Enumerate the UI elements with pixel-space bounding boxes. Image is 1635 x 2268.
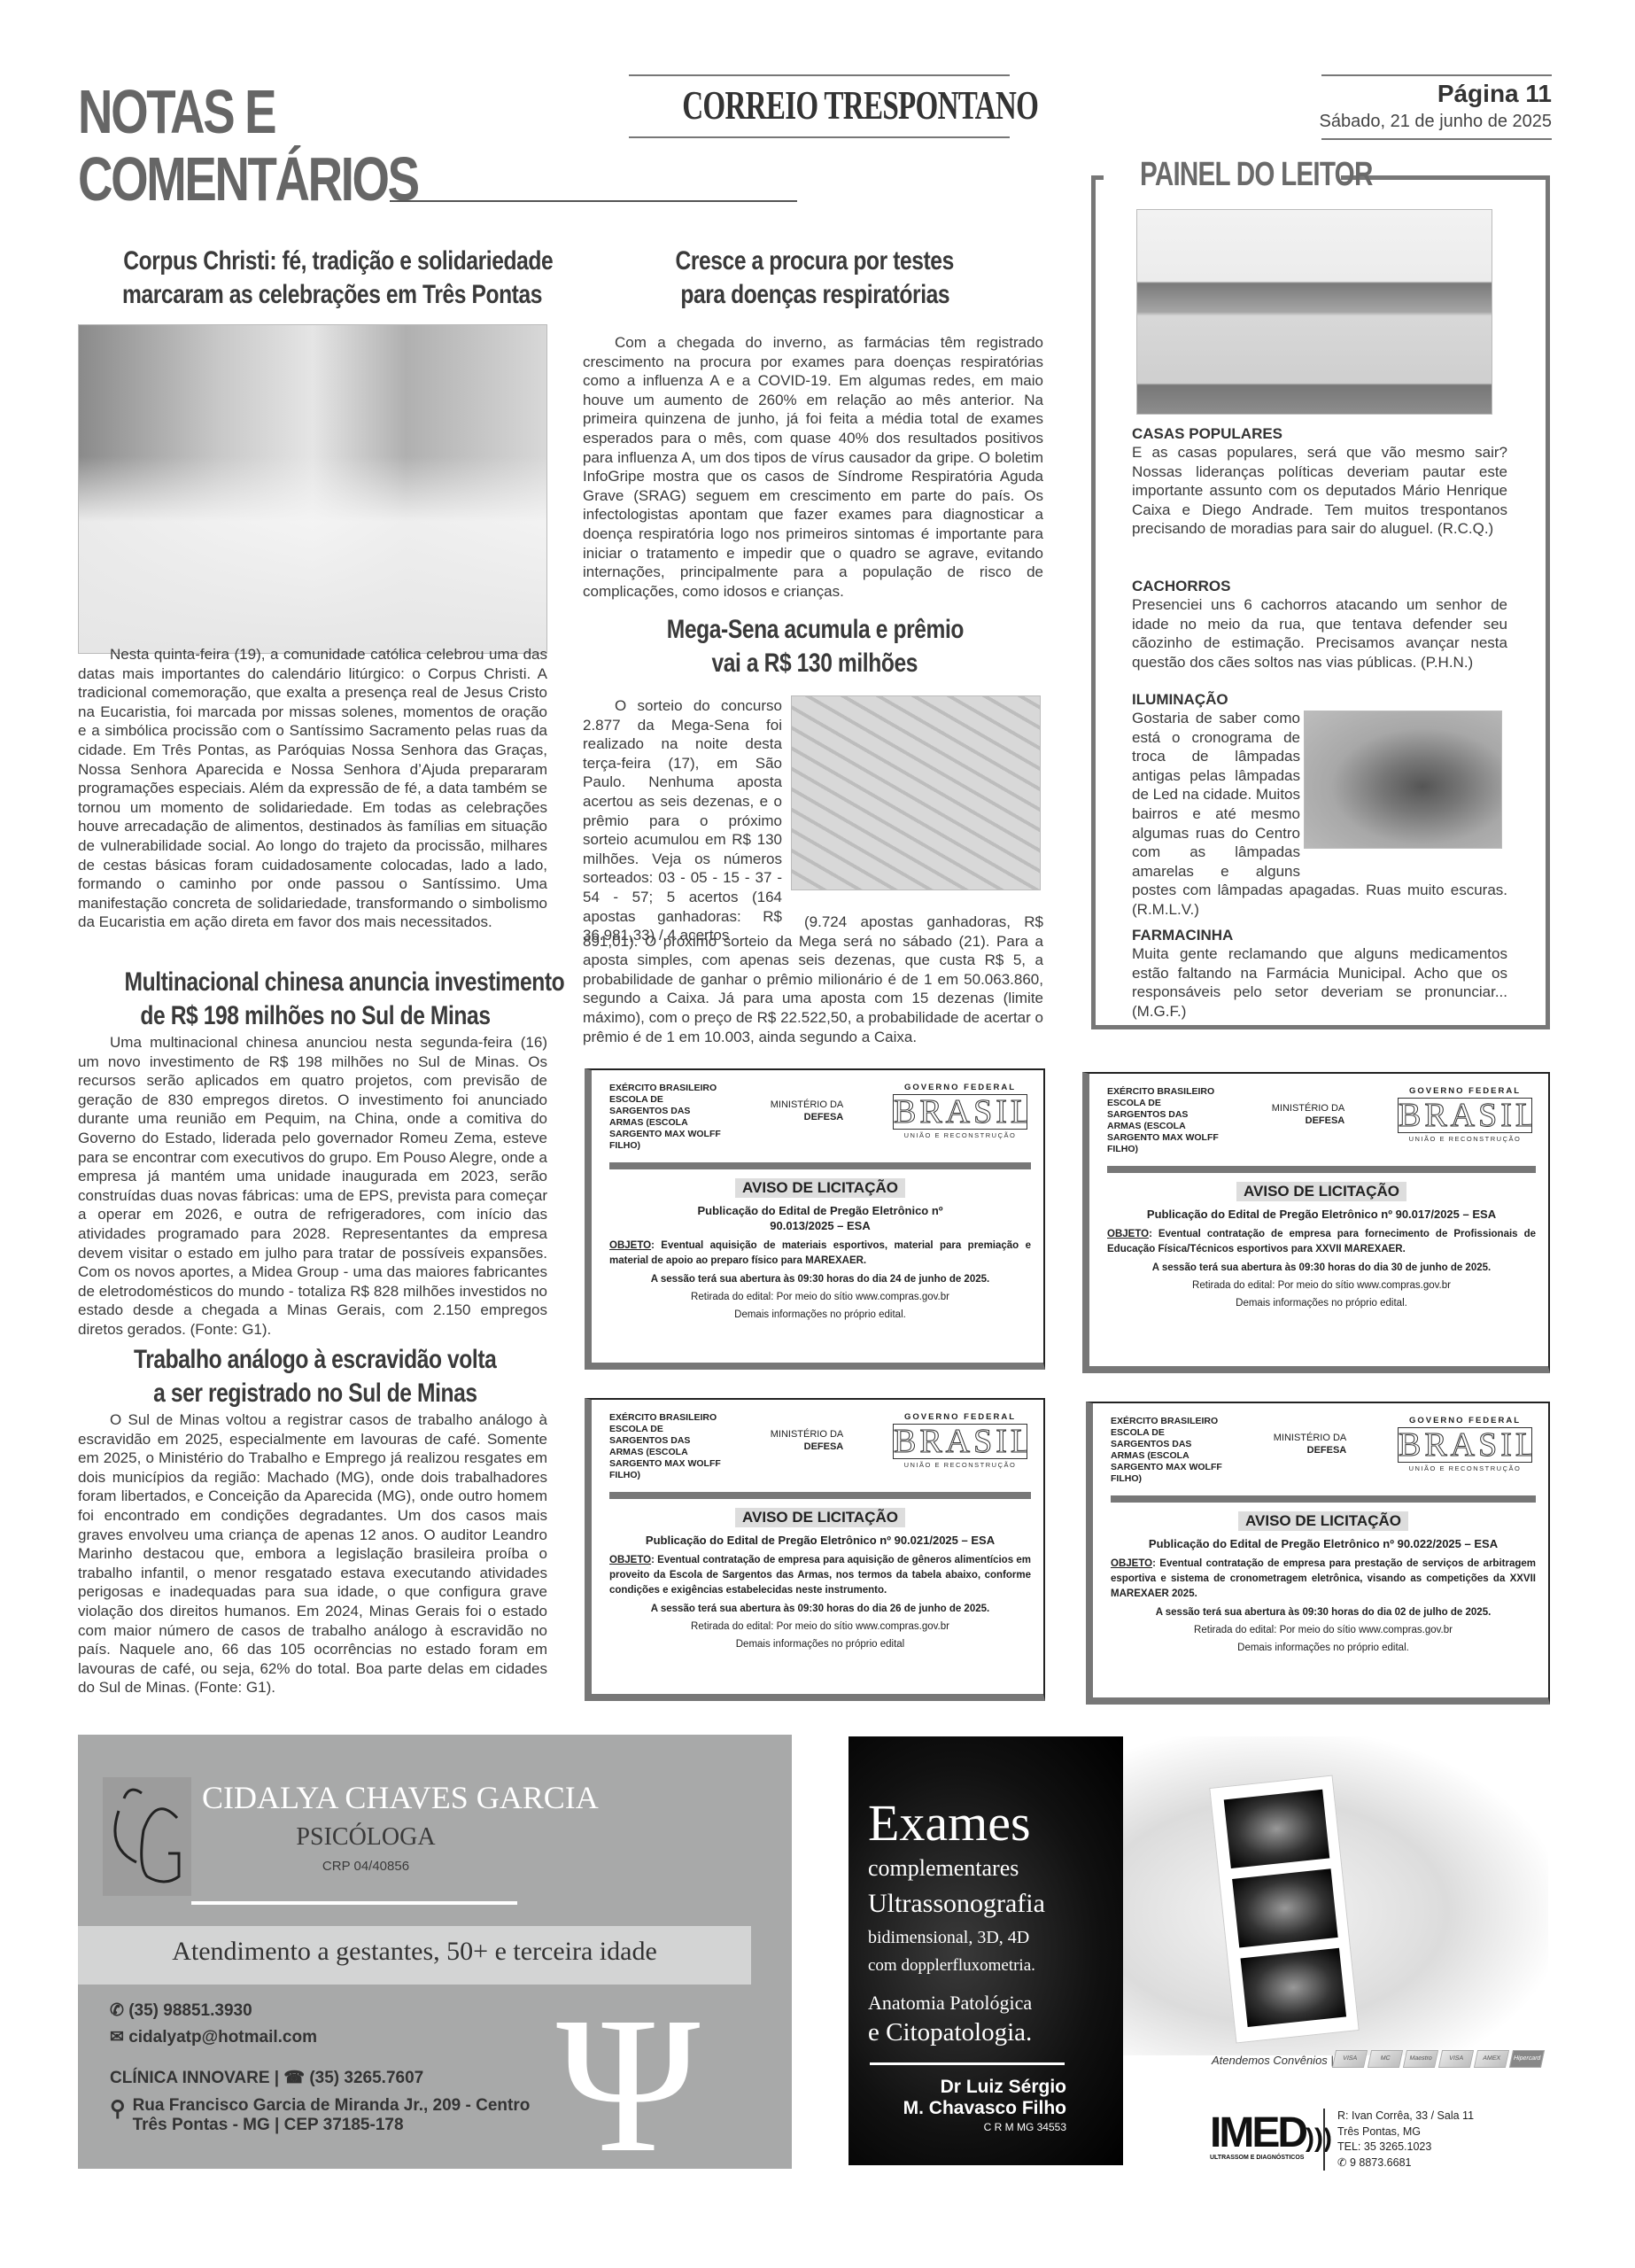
- gov-brasil-logo: GOVERNO FEDERAL BRASIL UNIÃO E RECONSTRU…: [889, 1412, 1031, 1469]
- notice-retrieval: Retirada do edital: Por meio do sítio ww…: [609, 1621, 1031, 1632]
- clinic-name: CLÍNICA INNOVARE |: [110, 2069, 279, 2087]
- headline-line: Cresce a procura por testes: [676, 245, 954, 278]
- multinacional-headline: Multinacional chinesa anuncia investimen…: [76, 966, 554, 1033]
- ministry-line: DEFESA: [1274, 1444, 1347, 1456]
- maestro-card-icon: Maestro: [1403, 2050, 1438, 2068]
- divider-bar: [609, 1492, 1031, 1499]
- article-text: Uma multinacional chinesa anunciou nesta…: [78, 1033, 547, 1340]
- divider-bar: [1111, 1495, 1536, 1503]
- licitacao-notice-1: EXÉRCITO BRASILEIRO ESCOLA DE SARGENTOS …: [585, 1068, 1045, 1370]
- ministry-line: DEFESA: [1272, 1115, 1345, 1127]
- testes-body: Com a chegada do inverno, as farmácias t…: [583, 333, 1043, 601]
- brasil-wordmark: BRASIL: [1398, 1098, 1532, 1133]
- email-address: cidalyatp@hotmail.com: [128, 2028, 317, 2047]
- exams-line: bidimensional, 3D, 4D: [868, 1928, 1029, 1948]
- article-text: Com a chegada do inverno, as farmácias t…: [583, 333, 1043, 601]
- address-block: ⚲ Rua Francisco Garcia de Miranda Jr., 2…: [110, 2096, 530, 2135]
- amex-card-icon: AMEX: [1474, 2050, 1509, 2068]
- notice-more-info: Demais informações no próprio edital.: [609, 1309, 1031, 1320]
- address-line: Rua Francisco Garcia de Miranda Jr., 209…: [133, 2096, 531, 2116]
- mastercard-icon: MC: [1368, 2050, 1403, 2068]
- email-line: ✉ cidalyatp@hotmail.com: [110, 2027, 317, 2047]
- notice-title: AVISO DE LICITAÇÃO: [609, 1178, 1031, 1198]
- cg-logo: [103, 1777, 191, 1896]
- note-iluminacao: ILUMINAÇÃO Gostaria de saber como está o…: [1132, 691, 1507, 865]
- doctor-crm: C R M MG 34553: [866, 2121, 1066, 2133]
- location-pin-icon: ⚲: [110, 2096, 126, 2135]
- megasena-headline: Mega-Sena acumula e prêmio vai a R$ 130 …: [576, 613, 1054, 680]
- ministry-line: DEFESA: [771, 1441, 844, 1453]
- psychologist-role: PSICÓLOGA: [202, 1823, 530, 1852]
- address-text: Rua Francisco Garcia de Miranda Jr., 209…: [133, 2096, 531, 2135]
- psychologist-crp: CRP 04/40856: [202, 1859, 530, 1874]
- gov-brasil-logo: GOVERNO FEDERAL BRASIL UNIÃO E RECONSTRU…: [889, 1083, 1031, 1139]
- section-title-line-1: NOTAS E: [78, 78, 418, 145]
- brasil-wordmark: BRASIL: [1398, 1427, 1532, 1463]
- brasil-wordmark: BRASIL: [893, 1424, 1027, 1459]
- painel-title: PAINEL DO LEITOR: [1140, 156, 1373, 194]
- object-label: OBJETO: [609, 1240, 651, 1251]
- notice-title: AVISO DE LICITAÇÃO: [1107, 1182, 1536, 1201]
- ministry: MINISTÉRIO DADEFESA: [771, 1099, 844, 1123]
- licitacao-notice-3: EXÉRCITO BRASILEIRO ESCOLA DE SARGENTOS …: [585, 1398, 1045, 1701]
- gov-brasil-logo: GOVERNO FEDERAL BRASIL UNIÃO E RECONSTRU…: [1394, 1086, 1536, 1143]
- org-name: EXÉRCITO BRASILEIRO ESCOLA DE SARGENTOS …: [1111, 1416, 1226, 1485]
- section-title-line-2: COMENTÁRIOS: [78, 145, 418, 213]
- tagline: Atendimento a gestantes, 50+ e terceira …: [78, 1937, 751, 1967]
- notice-object: OBJETO: Eventual contratação de empresa …: [609, 1553, 1031, 1598]
- address-line: Três Pontas - MG | CEP 37185-178: [133, 2116, 531, 2135]
- envelope-icon: ✉: [110, 2028, 124, 2047]
- ministry-line: MINISTÉRIO DA: [1274, 1433, 1347, 1443]
- object-text: : Eventual aquisição de materiais esport…: [609, 1240, 1031, 1266]
- clinic-phone: (35) 3265.7607: [309, 2069, 423, 2087]
- licitacao-notice-4: EXÉRCITO BRASILEIRO ESCOLA DE SARGENTOS …: [1086, 1402, 1550, 1705]
- whatsapp-line: ✆ (35) 98851.3930: [110, 2000, 252, 2021]
- imed-logo: IMED))): [1210, 2109, 1332, 2157]
- whatsapp-number: (35) 98851.3930: [128, 2001, 252, 2020]
- exams-line: com dopplerfluxometria.: [868, 1956, 1035, 1976]
- convenios-label: Atendemos Convênios |: [1212, 2054, 1334, 2067]
- section-title: NOTAS E COMENTÁRIOS: [78, 78, 418, 213]
- notice-object: OBJETO: Eventual contratação de empresa …: [1111, 1557, 1536, 1602]
- notice-publication: Publicação do Edital de Pregão Eletrônic…: [1107, 1207, 1536, 1222]
- houses-photo: [1136, 209, 1492, 415]
- notice-title-text: AVISO DE LICITAÇÃO: [735, 1178, 905, 1198]
- testes-headline: Cresce a procura por testes para doenças…: [576, 245, 1054, 312]
- trabalho-body: O Sul de Minas voltou a registrar casos …: [78, 1410, 547, 1697]
- clinic-line: CLÍNICA INNOVARE | ☎ (35) 3265.7607: [110, 2068, 423, 2088]
- notice-title-text: AVISO DE LICITAÇÃO: [735, 1508, 905, 1527]
- whatsapp-number: 9 8873.6681: [1350, 2156, 1412, 2169]
- object-label: OBJETO: [609, 1555, 651, 1565]
- notice-retrieval: Retirada do edital: Por meio do sítio ww…: [609, 1292, 1031, 1302]
- ministry-line: DEFESA: [771, 1111, 844, 1123]
- notice-header: EXÉRCITO BRASILEIRO ESCOLA DE SARGENTOS …: [609, 1083, 1031, 1152]
- ministry-line: MINISTÉRIO DA: [771, 1099, 844, 1110]
- multinacional-body: Uma multinacional chinesa anunciou nesta…: [78, 1033, 547, 1340]
- org-name: EXÉRCITO BRASILEIRO ESCOLA DE SARGENTOS …: [609, 1412, 725, 1481]
- megasena-body-full: (9.724 apostas ganhadoras, R$ 891,01). O…: [583, 913, 1043, 1046]
- note-body: Muita gente reclamando que alguns medica…: [1132, 944, 1507, 1021]
- gov-label: GOVERNO FEDERAL: [1394, 1416, 1536, 1425]
- headline-line: Trabalho análogo à escravidão volta: [134, 1343, 496, 1377]
- corpus-body: Nesta quinta-feira (19), a comunidade ca…: [78, 645, 547, 932]
- gov-brasil-logo: GOVERNO FEDERAL BRASIL UNIÃO E RECONSTRU…: [1394, 1416, 1536, 1472]
- divider-bar: [1107, 1166, 1536, 1173]
- divider: [1323, 2109, 1325, 2171]
- headline-line: Multinacional chinesa anuncia investimen…: [125, 966, 565, 999]
- notice-session: A sessão terá sua abertura às 09:30 hora…: [1107, 1262, 1536, 1273]
- article-text: O Sul de Minas voltou a registrar casos …: [78, 1410, 547, 1697]
- object-text: : Eventual contratação de empresa para a…: [609, 1555, 1031, 1596]
- gov-slogan: UNIÃO E RECONSTRUÇÃO: [889, 1131, 1031, 1139]
- object-label: OBJETO: [1107, 1229, 1149, 1239]
- corpus-headline: Corpus Christi: fé, tradição e solidarie…: [76, 245, 554, 312]
- notice-retrieval: Retirada do edital: Por meio do sítio ww…: [1107, 1280, 1536, 1291]
- article-text: Nesta quinta-feira (19), a comunidade ca…: [78, 645, 547, 932]
- notice-title: AVISO DE LICITAÇÃO: [609, 1508, 1031, 1527]
- lottery-photo: [791, 695, 1041, 890]
- masthead-rule-top: [629, 74, 1010, 76]
- ultrasound-image: [1224, 1790, 1330, 1868]
- note-title: ILUMINAÇÃO: [1132, 691, 1507, 709]
- org-name: EXÉRCITO BRASILEIRO ESCOLA DE SARGENTOS …: [609, 1083, 725, 1152]
- exams-line: complementares: [868, 1855, 1019, 1882]
- page-rule-bottom: [1321, 138, 1552, 140]
- ultrasound-strip: [1209, 1775, 1360, 2043]
- note-body: E as casas populares, será que vão mesmo…: [1132, 443, 1507, 539]
- whatsapp-icon: ✆: [1337, 2156, 1346, 2169]
- notice-more-info: Demais informações no próprio edital.: [1111, 1643, 1536, 1653]
- exams-line: Ultrassonografia: [868, 1889, 1045, 1919]
- headline-line: a ser registrado no Sul de Minas: [153, 1377, 477, 1410]
- notice-session: A sessão terá sua abertura às 09:30 hora…: [609, 1274, 1031, 1285]
- notice-publication: Publicação do Edital de Pregão Eletrônic…: [1111, 1536, 1536, 1551]
- gov-slogan: UNIÃO E RECONSTRUÇÃO: [1394, 1464, 1536, 1472]
- exams-line: e Citopatologia.: [868, 2018, 1032, 2047]
- doctor-line: M. Chavasco Filho: [866, 2098, 1066, 2119]
- psychologist-ad: CIDALYA CHAVES GARCIA PSICÓLOGA CRP 04/4…: [78, 1735, 792, 2169]
- note-body: Gostaria de saber como está o cronograma…: [1132, 709, 1507, 920]
- notice-session: A sessão terá sua abertura às 09:30 hora…: [1111, 1607, 1536, 1618]
- phone-icon: ☎: [283, 2069, 305, 2087]
- convenios: Atendemos Convênios |: [1212, 2054, 1334, 2067]
- brasil-wordmark: BRASIL: [893, 1094, 1027, 1130]
- page-rule-top: [1321, 74, 1552, 76]
- ultrasound-image: [1232, 1868, 1338, 1947]
- notice-object: OBJETO: Eventual aquisição de materiais …: [609, 1239, 1031, 1269]
- object-text: : Eventual contratação de empresa para p…: [1111, 1558, 1536, 1599]
- address-line: Três Pontas, MG: [1337, 2124, 1474, 2140]
- ministry: MINISTÉRIO DADEFESA: [1274, 1432, 1347, 1456]
- notice-object: OBJETO: Eventual contratação de empresa …: [1107, 1227, 1536, 1257]
- doctor-line: Dr Luiz Sérgio: [866, 2077, 1066, 2098]
- notice-publication: Publicação do Edital de Pregão Eletrônic…: [609, 1203, 1031, 1233]
- article-text: O sorteio do concurso 2.877 da Mega-Sena…: [583, 696, 782, 945]
- painel-border: [1091, 175, 1104, 180]
- article-text: (9.724 apostas ganhadoras, R$ 891,01). O…: [583, 913, 1043, 1045]
- masthead-rule-bottom: [629, 136, 1010, 138]
- notice-header: EXÉRCITO BRASILEIRO ESCOLA DE SARGENTOS …: [1111, 1416, 1536, 1485]
- phone-line: TEL: 35 3265.1023: [1337, 2140, 1474, 2155]
- imed-subtitle: ULTRASSOM E DIAGNÓSTICOS: [1210, 2155, 1304, 2161]
- psychologist-name: CIDALYA CHAVES GARCIA: [202, 1779, 521, 1816]
- exams-line: Anatomia Patológica: [868, 1992, 1032, 2015]
- megasena-body-wrap: O sorteio do concurso 2.877 da Mega-Sena…: [583, 696, 782, 945]
- note-body: Presenciei uns 6 cachorros atacando um s…: [1132, 595, 1507, 672]
- notice-more-info: Demais informações no próprio edital: [609, 1639, 1031, 1650]
- exams-title: Exames: [868, 1793, 1031, 1852]
- headline-line: Mega-Sena acumula e prêmio: [666, 613, 963, 647]
- whatsapp-icon: ✆: [110, 2001, 124, 2020]
- sound-waves-icon: ))): [1306, 2124, 1332, 2153]
- notice-title: AVISO DE LICITAÇÃO: [1111, 1511, 1536, 1531]
- gov-label: GOVERNO FEDERAL: [1394, 1086, 1536, 1096]
- gov-label: GOVERNO FEDERAL: [889, 1083, 1031, 1092]
- note-cachorros: CACHORROS Presenciei uns 6 cachorros ata…: [1132, 578, 1507, 672]
- object-label: OBJETO: [1111, 1558, 1152, 1569]
- ultrasound-image: [1241, 1948, 1347, 2027]
- divider: [191, 1901, 517, 1905]
- headline-line: Corpus Christi: fé, tradição e solidarie…: [123, 245, 553, 278]
- ministry-line: MINISTÉRIO DA: [771, 1429, 844, 1440]
- notice-header: EXÉRCITO BRASILEIRO ESCOLA DE SARGENTOS …: [1107, 1086, 1536, 1155]
- ministry-line: MINISTÉRIO DA: [1272, 1103, 1345, 1114]
- notice-retrieval: Retirada do edital: Por meio do sítio ww…: [1111, 1625, 1536, 1635]
- notice-title-text: AVISO DE LICITAÇÃO: [1236, 1182, 1406, 1201]
- headline-line: de R$ 198 milhões no Sul de Minas: [140, 999, 490, 1033]
- exams-ad: Exames complementares Ultrassonografia b…: [848, 1736, 1123, 2165]
- visa-card-icon: VISA: [1332, 2050, 1368, 2068]
- section-rule: [390, 200, 797, 202]
- whatsapp-line: ✆ 9 8873.6681: [1337, 2155, 1474, 2171]
- psi-symbol-icon: Ψ: [556, 2000, 700, 2169]
- notice-more-info: Demais informações no próprio edital.: [1107, 1298, 1536, 1309]
- address-line: R: Ivan Corrêa, 33 / Sala 11: [1337, 2109, 1474, 2124]
- gov-slogan: UNIÃO E RECONSTRUÇÃO: [889, 1461, 1031, 1469]
- notice-publication: Publicação do Edital de Pregão Eletrônic…: [609, 1533, 1031, 1548]
- headline-line: marcaram as celebrações em Três Pontas: [122, 278, 542, 312]
- headline-line: para doenças respiratórias: [680, 278, 949, 312]
- page-date: Sábado, 21 de junho de 2025: [1275, 112, 1552, 132]
- note-farmacinha: FARMACINHA Muita gente reclamando que al…: [1132, 927, 1507, 1021]
- note-title: CACHORROS: [1132, 578, 1507, 595]
- divider-bar: [609, 1162, 1031, 1169]
- org-name: EXÉRCITO BRASILEIRO ESCOLA DE SARGENTOS …: [1107, 1086, 1222, 1155]
- procession-photo: [78, 324, 547, 654]
- note-title: FARMACINHA: [1132, 927, 1507, 944]
- note-title: CASAS POPULARES: [1132, 425, 1507, 443]
- notice-session: A sessão terá sua abertura às 09:30 hora…: [609, 1604, 1031, 1614]
- payment-cards: VISA MC Maestro VISA AMEX Hipercard: [1334, 2050, 1555, 2071]
- page-number: Página 11: [1321, 80, 1552, 108]
- object-text: : Eventual contratação de empresa para f…: [1107, 1229, 1536, 1254]
- note-casas: CASAS POPULARES E as casas populares, se…: [1132, 425, 1507, 539]
- notice-header: EXÉRCITO BRASILEIRO ESCOLA DE SARGENTOS …: [609, 1412, 1031, 1481]
- trabalho-headline: Trabalho análogo à escravidão volta a se…: [76, 1343, 554, 1410]
- gov-slogan: UNIÃO E RECONSTRUÇÃO: [1394, 1135, 1536, 1143]
- visa-card-icon: VISA: [1438, 2050, 1474, 2068]
- doctor-name: Dr Luiz Sérgio M. Chavasco Filho: [866, 2077, 1066, 2119]
- masthead: CORREIO TRESPONTANO: [682, 82, 957, 128]
- imed-wordmark: IMED: [1210, 2109, 1306, 2156]
- imed-contact: R: Ivan Corrêa, 33 / Sala 11 Três Pontas…: [1337, 2109, 1474, 2171]
- ministry: MINISTÉRIO DADEFESA: [771, 1428, 844, 1453]
- ministry: MINISTÉRIO DADEFESA: [1272, 1102, 1345, 1127]
- licitacao-notice-2: EXÉRCITO BRASILEIRO ESCOLA DE SARGENTOS …: [1082, 1072, 1550, 1373]
- divider: [870, 2062, 1065, 2065]
- hipercard-icon: Hipercard: [1509, 2050, 1545, 2068]
- headline-line: vai a R$ 130 milhões: [712, 647, 918, 680]
- notice-title-text: AVISO DE LICITAÇÃO: [1238, 1511, 1408, 1531]
- cg-monogram-icon: [103, 1777, 191, 1896]
- photo-spacer: [1300, 709, 1507, 865]
- gov-label: GOVERNO FEDERAL: [889, 1412, 1031, 1422]
